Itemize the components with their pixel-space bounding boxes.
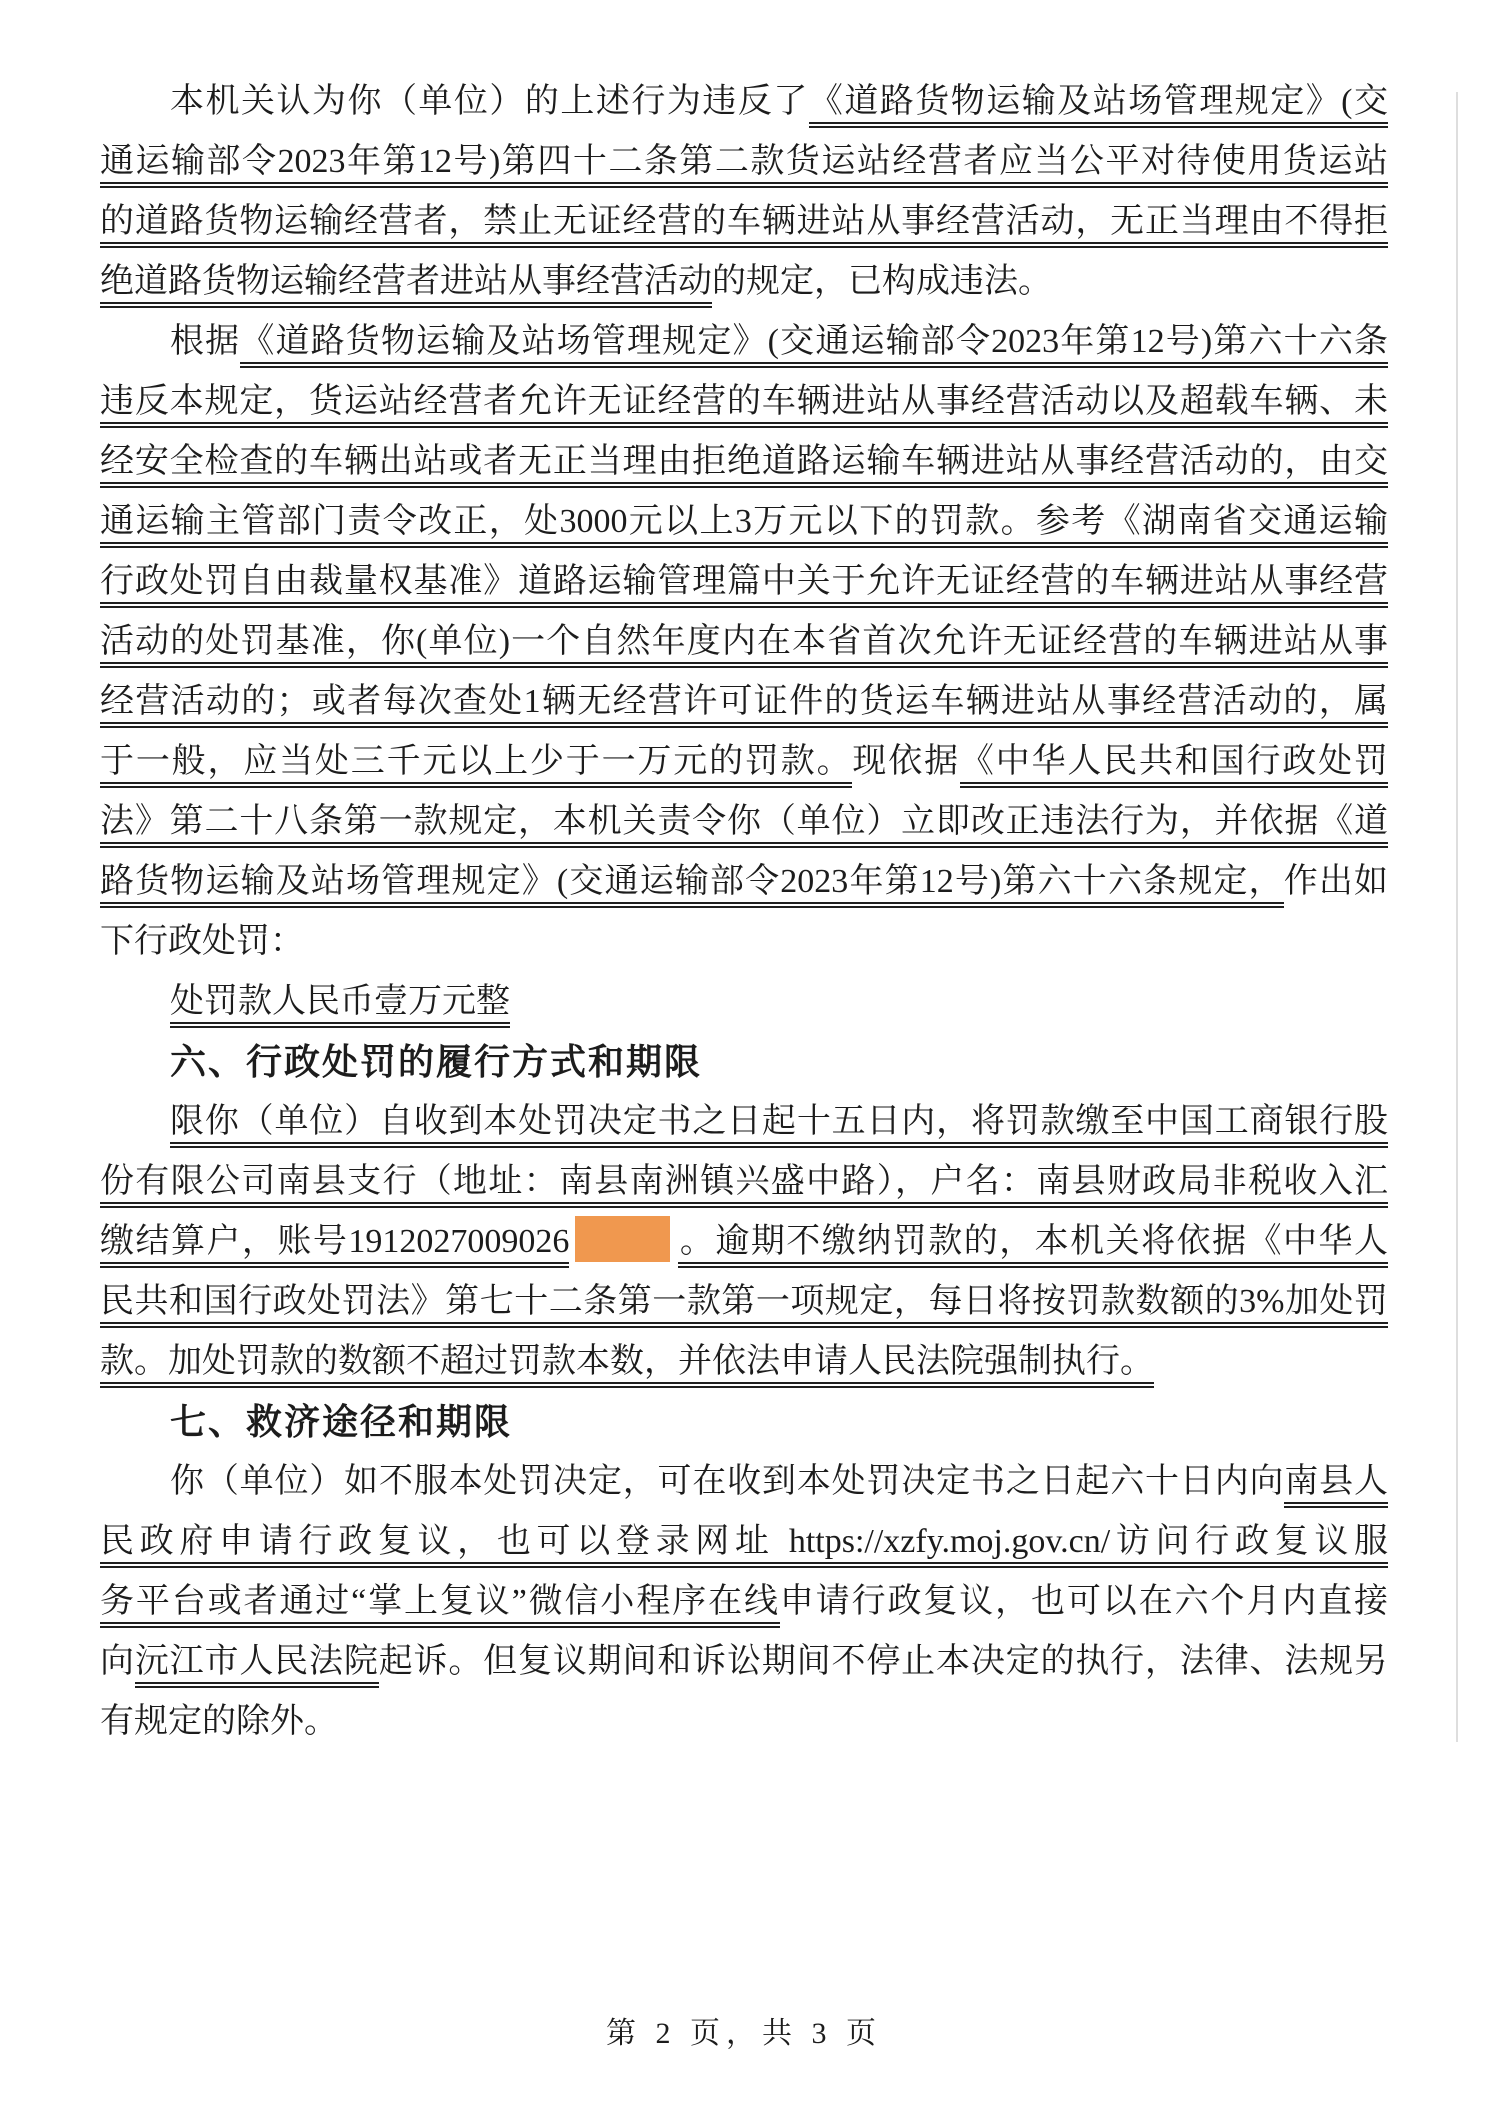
text-segment: 向 — [100, 1643, 135, 1680]
text-segment: 本机关认为你（单位）的上述行为违反了 — [170, 83, 809, 120]
text-segment: 《中华人民共和国行政处罚 — [960, 743, 1388, 788]
text-line: 款。加处罚款的数额不超过罚款本数，并依法申请人民法院强制执行。 — [100, 1332, 1388, 1392]
text-segment: 起诉。但复议期间和诉讼期间不停止本决定的执行，法律、法规另 — [379, 1643, 1388, 1680]
scan-edge-artifact — [1456, 92, 1458, 1742]
text-segment: 。逾期不缴纳罚款的，本机关将依据《中华人 — [678, 1223, 1388, 1268]
text-segment: 《道路货物运输及站场管理规定》(交通运输部令2023年第12号)第六十六条 — [240, 323, 1388, 368]
text-line: 经安全检查的车辆出站或者无正当理由拒绝道路运输车辆进站从事经营活动的，由交 — [100, 432, 1388, 492]
text-segment: 你（单位）如不服本处罚决定，可在收到本处罚决定书之日起六十日内向 — [170, 1463, 1284, 1500]
text-line: 民共和国行政处罚法》第七十二条第一款第一项规定，每日将按罚款数额的3%加处罚 — [100, 1272, 1388, 1332]
text-line: 通运输主管部门责令改正，处3000元以上3万元以下的罚款。参考《湖南省交通运输 — [100, 492, 1388, 552]
section-heading: 六、行政处罚的履行方式和期限 — [100, 1032, 1388, 1092]
text-segment: 法》第二十八条第一款规定，本机关责令你（单位）立即改正违法行为，并依据《道 — [100, 803, 1388, 848]
text-segment: 民政府申请行政复议，也可以登录网址 https://xzfy.moj.gov.c… — [100, 1523, 1388, 1568]
text-line: 行政处罚自由裁量权基准》道路运输管理篇中关于允许无证经营的车辆进站从事经营 — [100, 552, 1388, 612]
text-segment: 现依据 — [852, 743, 960, 780]
document-page: 本机关认为你（单位）的上述行为违反了《道路货物运输及站场管理规定》(交通运输部令… — [0, 0, 1488, 2104]
page-number: 第 2 页，共 3 页 — [0, 2008, 1488, 2052]
text-segment: 民共和国行政处罚法》第七十二条第一款第一项规定，每日将按罚款数额的3%加处罚 — [100, 1283, 1388, 1328]
text-line: 经营活动的；或者每次查处1辆无经营许可证件的货运车辆进站从事经营活动的，属 — [100, 672, 1388, 732]
text-segment: 缴结算户，账号1912027009026 — [100, 1223, 569, 1268]
text-line: 限你（单位）自收到本处罚决定书之日起十五日内，将罚款缴至中国工商银行股 — [100, 1092, 1388, 1152]
text-segment: 的道路货物运输经营者，禁止无证经营的车辆进站从事经营活动，无正当理由不得拒 — [100, 203, 1388, 248]
text-segment: 六、行政处罚的履行方式和期限 — [170, 1041, 702, 1082]
text-line: 你（单位）如不服本处罚决定，可在收到本处罚决定书之日起六十日内向南县人 — [100, 1452, 1388, 1512]
text-segment: 活动的处罚基准，你(单位)一个自然年度内在本省首次允许无证经营的车辆进站从事 — [100, 623, 1388, 668]
text-segment: 七、救济途径和期限 — [170, 1401, 512, 1442]
text-line: 民政府申请行政复议，也可以登录网址 https://xzfy.moj.gov.c… — [100, 1512, 1388, 1572]
text-segment: 通运输主管部门责令改正，处3000元以上3万元以下的罚款。参考《湖南省交通运输 — [100, 503, 1388, 548]
text-segment: 的规定，已构成违法。 — [712, 263, 1052, 300]
text-line: 向沅江市人民法院起诉。但复议期间和诉讼期间不停止本决定的执行，法律、法规另 — [100, 1632, 1388, 1692]
redaction-box — [575, 1216, 670, 1262]
text-line: 下行政处罚： — [100, 912, 1388, 972]
text-line: 法》第二十八条第一款规定，本机关责令你（单位）立即改正违法行为，并依据《道 — [100, 792, 1388, 852]
text-line: 路货物运输及站场管理规定》(交通运输部令2023年第12号)第六十六条规定，作出… — [100, 852, 1388, 912]
text-line: 于一般，应当处三千元以上少于一万元的罚款。现依据《中华人民共和国行政处罚 — [100, 732, 1388, 792]
text-segment: 经营活动的；或者每次查处1辆无经营许可证件的货运车辆进站从事经营活动的，属 — [100, 683, 1388, 728]
text-line: 务平台或者通过“掌上复议”微信小程序在线申请行政复议，也可以在六个月内直接 — [100, 1572, 1388, 1632]
text-segment: 《道路货物运输及站场管理规定》(交 — [809, 83, 1388, 128]
text-segment: 通运输部令2023年第12号)第四十二条第二款货运站经营者应当公平对待使用货运站 — [100, 143, 1388, 188]
text-segment: 作出如 — [1284, 863, 1388, 900]
text-segment: 绝道路货物运输经营者进站从事经营活动 — [100, 263, 712, 308]
text-line: 通运输部令2023年第12号)第四十二条第二款货运站经营者应当公平对待使用货运站 — [100, 132, 1388, 192]
text-line: 有规定的除外。 — [100, 1692, 1388, 1752]
text-line: 缴结算户，账号1912027009026。逾期不缴纳罚款的，本机关将依据《中华人 — [100, 1212, 1388, 1272]
text-line: 违反本规定，货运站经营者允许无证经营的车辆进站从事经营活动以及超载车辆、未 — [100, 372, 1388, 432]
text-segment: 根据 — [170, 323, 240, 360]
text-segment: 违反本规定，货运站经营者允许无证经营的车辆进站从事经营活动以及超载车辆、未 — [100, 383, 1388, 428]
text-segment: 限你（单位）自收到本处罚决定书之日起十五日内，将罚款缴至中国工商银行股 — [170, 1103, 1388, 1148]
text-segment: 处罚款人民币壹万元整 — [170, 983, 510, 1028]
text-line: 本机关认为你（单位）的上述行为违反了《道路货物运输及站场管理规定》(交 — [100, 72, 1388, 132]
section-heading: 七、救济途径和期限 — [100, 1392, 1388, 1452]
text-segment: 申请行政复议，也可以在六个月内直接 — [780, 1583, 1388, 1620]
text-segment: 务平台或者通过“掌上复议”微信小程序在线 — [100, 1583, 780, 1628]
text-segment: 有规定的除外。 — [100, 1703, 338, 1740]
text-segment: 南县人 — [1284, 1463, 1388, 1508]
text-segment: 于一般，应当处三千元以上少于一万元的罚款。 — [100, 743, 852, 788]
text-segment: 下行政处罚： — [100, 923, 304, 960]
text-segment: 款。加处罚款的数额不超过罚款本数，并依法申请人民法院强制执行。 — [100, 1343, 1154, 1388]
text-line: 份有限公司南县支行（地址：南县南洲镇兴盛中路），户名：南县财政局非税收入汇 — [100, 1152, 1388, 1212]
text-segment: 经安全检查的车辆出站或者无正当理由拒绝道路运输车辆进站从事经营活动的，由交 — [100, 443, 1388, 488]
document-body: 本机关认为你（单位）的上述行为违反了《道路货物运输及站场管理规定》(交通运输部令… — [100, 72, 1388, 1752]
text-segment: 路货物运输及站场管理规定》(交通运输部令2023年第12号)第六十六条规定， — [100, 863, 1284, 908]
text-segment: 沅江市人民法院 — [135, 1643, 379, 1688]
text-segment: 行政处罚自由裁量权基准》道路运输管理篇中关于允许无证经营的车辆进站从事经营 — [100, 563, 1388, 608]
text-line: 活动的处罚基准，你(单位)一个自然年度内在本省首次允许无证经营的车辆进站从事 — [100, 612, 1388, 672]
text-line: 的道路货物运输经营者，禁止无证经营的车辆进站从事经营活动，无正当理由不得拒 — [100, 192, 1388, 252]
text-segment: 份有限公司南县支行（地址：南县南洲镇兴盛中路），户名：南县财政局非税收入汇 — [100, 1163, 1388, 1208]
text-line: 根据《道路货物运输及站场管理规定》(交通运输部令2023年第12号)第六十六条 — [100, 312, 1388, 372]
text-line: 处罚款人民币壹万元整 — [100, 972, 1388, 1032]
text-line: 绝道路货物运输经营者进站从事经营活动的规定，已构成违法。 — [100, 252, 1388, 312]
